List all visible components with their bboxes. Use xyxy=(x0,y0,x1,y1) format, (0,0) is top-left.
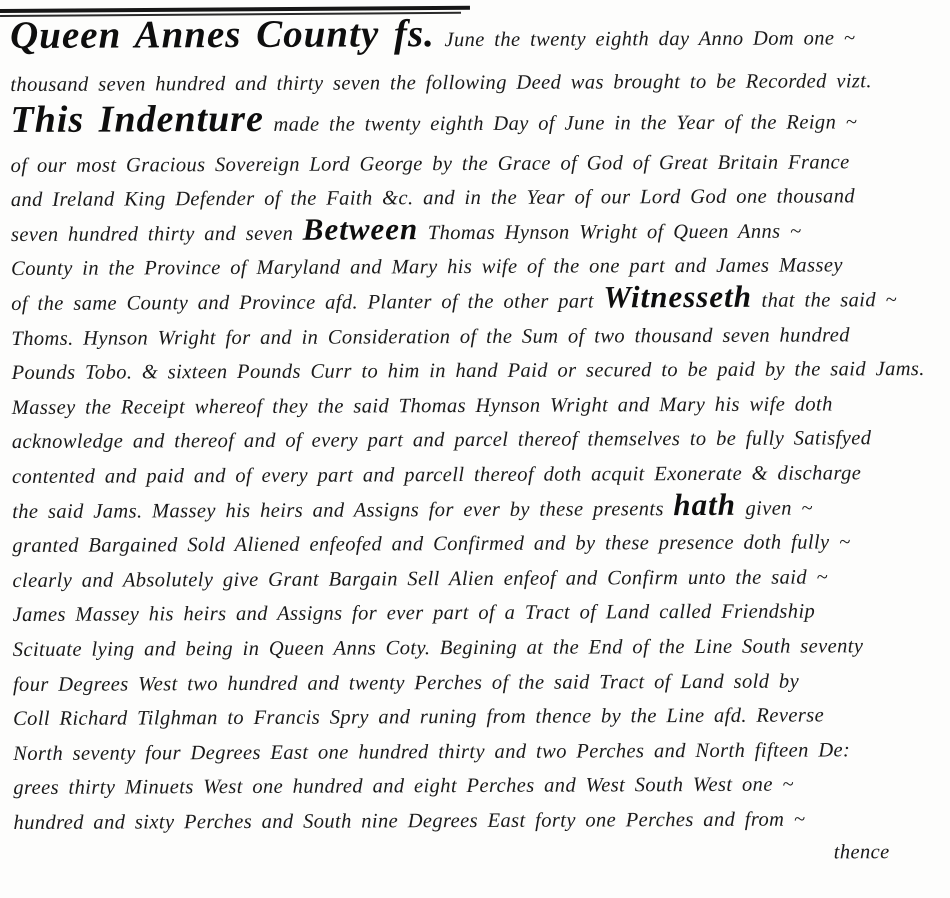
line-text: hundred and sixty Perches and South nine… xyxy=(13,808,805,833)
line-text: June the twenty eighth day Anno Dom one … xyxy=(444,27,855,51)
word-hath: hath xyxy=(673,486,736,521)
document-line: North seventy four Degrees East one hund… xyxy=(13,733,947,772)
line-text: four Degrees West two hundred and twenty… xyxy=(13,670,799,695)
document-line: Thoms. Hynson Wright for and in Consider… xyxy=(11,317,945,356)
line-text: of the same County and Province afd. Pla… xyxy=(11,290,603,315)
line-text: acknowledge and thereof and of every par… xyxy=(12,428,872,454)
document-line: hundred and sixty Perches and South nine… xyxy=(13,802,947,841)
county-heading: Queen Annes County fs. xyxy=(10,12,435,57)
deed-text-body: Queen Annes County fs. June the twenty e… xyxy=(10,12,948,873)
document-line: contented and paid and of every part and… xyxy=(12,456,946,495)
line-text: made the twenty eighth Day of June in th… xyxy=(273,111,857,136)
line-text: Massey the Receipt whereof they the said… xyxy=(12,393,833,419)
document-line: clearly and Absolutely give Grant Bargai… xyxy=(12,560,946,599)
document-line: of the same County and Province afd. Pla… xyxy=(11,283,945,322)
line-text: granted Bargained Sold Aliened enfeofed … xyxy=(12,531,850,557)
document-line: the said Jams. Massey his heirs and Assi… xyxy=(12,490,946,529)
line-text: given ~ xyxy=(745,497,813,519)
line-text: and Ireland King Defender of the Faith &… xyxy=(11,186,855,212)
document-line: James Massey his heirs and Assigns for e… xyxy=(13,594,947,633)
document-line: seven hundred thirty and seven Between T… xyxy=(11,214,945,253)
line-text: grees thirty Minuets West one hundred an… xyxy=(13,774,794,799)
line-text: County in the Province of Maryland and M… xyxy=(11,255,843,281)
document-line: thousand seven hundred and thirty seven … xyxy=(10,64,944,103)
line-text: Scituate lying and being in Queen Anns C… xyxy=(13,635,864,661)
line-text: Coll Richard Tilghman to Francis Spry an… xyxy=(13,705,824,731)
line-text: of our most Gracious Sovereign Lord Geor… xyxy=(11,151,850,177)
line-text: clearly and Absolutely give Grant Bargai… xyxy=(12,566,828,592)
document-line: and Ireland King Defender of the Faith &… xyxy=(11,179,945,218)
word-thence: thence xyxy=(834,842,890,864)
line-text: North seventy four Degrees East one hund… xyxy=(13,739,850,765)
document-line: four Degrees West two hundred and twenty… xyxy=(13,663,947,702)
document-line: Pounds Tobo. & sixteen Pounds Curr to hi… xyxy=(11,352,945,391)
document-line: of our most Gracious Sovereign Lord Geor… xyxy=(11,145,945,184)
line-text: Thoms. Hynson Wright for and in Consider… xyxy=(11,324,850,350)
document-line: thence xyxy=(14,836,948,872)
line-text: seven hundred thirty and seven xyxy=(11,223,303,246)
line-text: Pounds Tobo. & sixteen Pounds Curr to hi… xyxy=(12,358,925,384)
line-text: the said Jams. Massey his heirs and Assi… xyxy=(12,498,673,523)
manuscript-scan: Queen Annes County fs. June the twenty e… xyxy=(0,0,950,898)
document-line: Coll Richard Tilghman to Francis Spry an… xyxy=(13,698,947,737)
document-line: This Indenture made the twenty eighth Da… xyxy=(10,99,944,149)
line-text: that the said ~ xyxy=(761,289,897,312)
document-line: acknowledge and thereof and of every par… xyxy=(12,421,946,460)
line-text: Thomas Hynson Wright of Queen Anns ~ xyxy=(428,220,802,244)
document-line: Queen Annes County fs. June the twenty e… xyxy=(10,12,944,68)
word-this-indenture: This Indenture xyxy=(10,97,264,140)
document-line: granted Bargained Sold Aliened enfeofed … xyxy=(12,525,946,564)
document-line: County in the Province of Maryland and M… xyxy=(11,248,945,287)
document-line: grees thirty Minuets West one hundred an… xyxy=(13,767,947,806)
word-witnesseth: Witnesseth xyxy=(603,279,752,315)
word-between: Between xyxy=(303,211,419,247)
document-line: Massey the Receipt whereof they the said… xyxy=(12,387,946,426)
line-text: contented and paid and of every part and… xyxy=(12,462,861,488)
document-line: Scituate lying and being in Queen Anns C… xyxy=(13,629,947,668)
line-text: James Massey his heirs and Assigns for e… xyxy=(13,601,816,627)
line-text: thousand seven hundred and thirty seven … xyxy=(10,70,872,96)
